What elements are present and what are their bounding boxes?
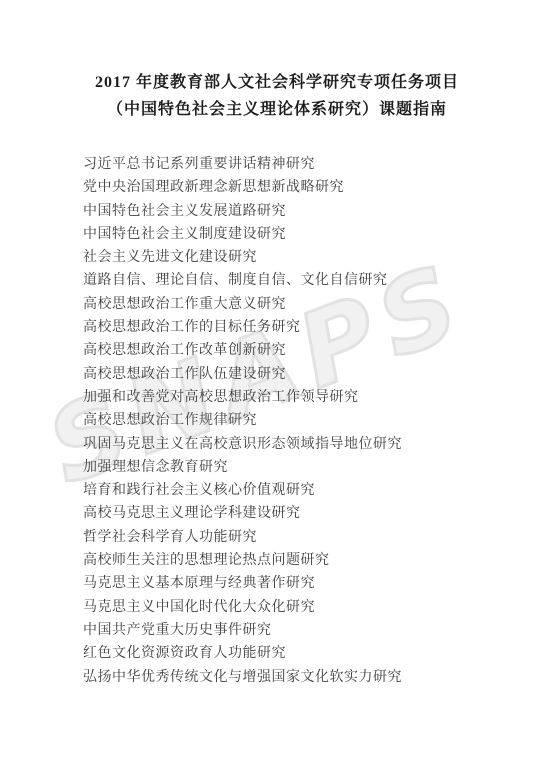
topic-item: 培育和践行社会主义核心价值观研究 xyxy=(83,479,554,502)
topic-item: 中国特色社会主义制度建设研究 xyxy=(83,223,554,246)
topic-item: 高校思想政治工作的目标任务研究 xyxy=(83,316,554,339)
topic-item: 弘扬中华优秀传统文化与增强国家文化软实力研究 xyxy=(83,666,554,689)
topic-item: 社会主义先进文化建设研究 xyxy=(83,246,554,269)
topic-list: 习近平总书记系列重要讲话精神研究党中央治国理政新理念新思想新战略研究中国特色社会… xyxy=(83,153,554,689)
document-title: 2017 年度教育部人文社会科学研究专项任务项目 （中国特色社会主义理论体系研究… xyxy=(0,0,554,123)
topic-item: 高校马克思主义理论学科建设研究 xyxy=(83,502,554,525)
topic-item: 高校师生关注的思想理论热点问题研究 xyxy=(83,549,554,572)
topic-item: 中国特色社会主义发展道路研究 xyxy=(83,200,554,223)
topic-item: 习近平总书记系列重要讲话精神研究 xyxy=(83,153,554,176)
topic-item: 马克思主义基本原理与经典著作研究 xyxy=(83,572,554,595)
topic-item: 红色文化资源资政育人功能研究 xyxy=(83,642,554,665)
topic-item: 高校思想政治工作改革创新研究 xyxy=(83,339,554,362)
topic-item: 高校思想政治工作队伍建设研究 xyxy=(83,363,554,386)
topic-item: 加强理想信念教育研究 xyxy=(83,456,554,479)
topic-item: 巩固马克思主义在高校意识形态领域指导地位研究 xyxy=(83,433,554,456)
topic-item: 党中央治国理政新理念新思想新战略研究 xyxy=(83,176,554,199)
topic-item: 哲学社会科学育人功能研究 xyxy=(83,526,554,549)
document-page: SNAPS 2017 年度教育部人文社会科学研究专项任务项目 （中国特色社会主义… xyxy=(0,0,554,783)
topic-item: 道路自信、理论自信、制度自信、文化自信研究 xyxy=(83,269,554,292)
topic-item: 高校思想政治工作重大意义研究 xyxy=(83,293,554,316)
topic-item: 中国共产党重大历史事件研究 xyxy=(83,619,554,642)
topic-item: 马克思主义中国化时代化大众化研究 xyxy=(83,596,554,619)
title-line-2: （中国特色社会主义理论体系研究）课题指南 xyxy=(0,96,554,123)
topic-item: 加强和改善党对高校思想政治工作领导研究 xyxy=(83,386,554,409)
title-line-1: 2017 年度教育部人文社会科学研究专项任务项目 xyxy=(0,69,554,96)
topic-item: 高校思想政治工作规律研究 xyxy=(83,409,554,432)
